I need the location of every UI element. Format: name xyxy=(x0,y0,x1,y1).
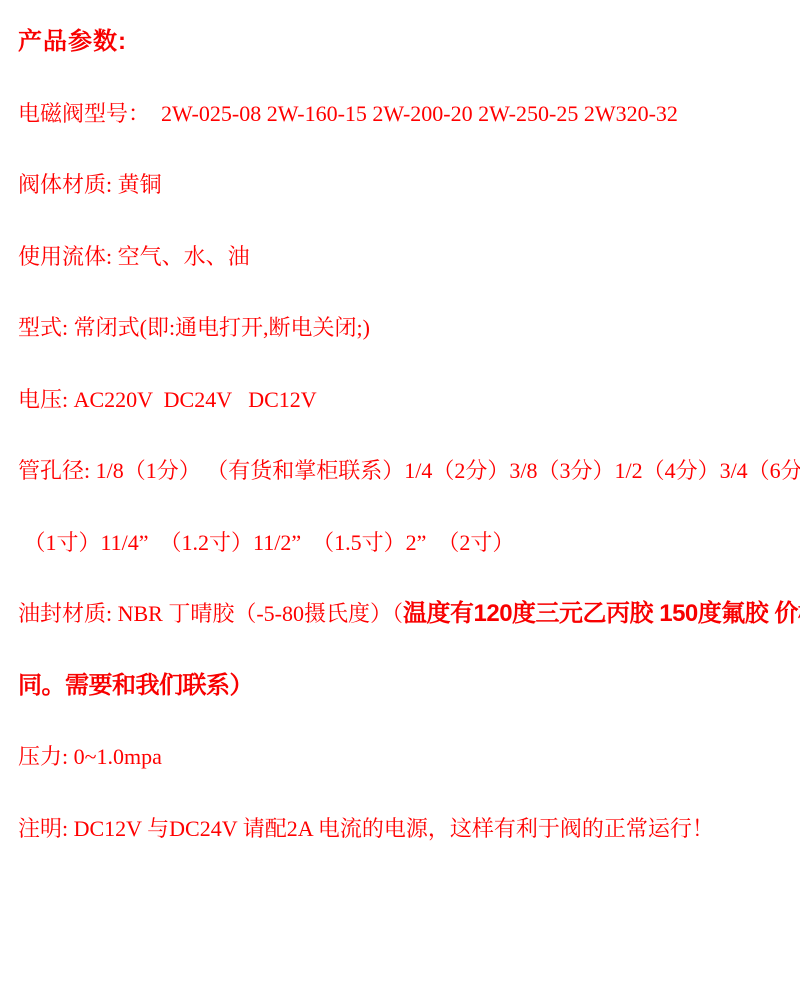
spec-seal-material-line2: 同。需要和我们联系） xyxy=(18,650,800,722)
spec-port-size-line2-segment-0: （1寸）11/4” （1.2寸）11/2” （1.5寸）2” （2寸） xyxy=(18,530,514,555)
spec-pressure: 压力: 0~1.0mpa xyxy=(18,721,800,793)
spec-note-segment-0: 注明: DC12V 与DC24V 请配2A 电流的电源，这样有利于阀的正常运行！ xyxy=(18,816,714,841)
spec-port-size-line1-segment-0: 管孔径: 1/8（1分） （有货和掌柜联系）1/4（2分）3/8（3分）1/2（… xyxy=(18,458,800,483)
spec-seal-material-line2-segment-0: 同。需要和我们联系） xyxy=(18,672,253,699)
section-title: 产品参数: xyxy=(18,6,800,78)
spec-type: 型式: 常闭式(即:通电打开,断电关闭;) xyxy=(18,292,800,364)
spec-body-material-segment-0: 阀体材质: 黄铜 xyxy=(18,172,162,197)
spec-voltage: 电压: AC220V DC24V DC12V xyxy=(18,364,800,436)
spec-seal-material-line1-segment-1: 温度有120度三元乙丙胶 150度氟胶 价格有所不 xyxy=(403,600,800,627)
spec-seal-material-line1: 油封材质: NBR 丁晴胶（-5-80摄氏度）（温度有120度三元乙丙胶 150… xyxy=(18,578,800,650)
spec-voltage-segment-0: 电压: AC220V DC24V DC12V xyxy=(18,387,317,412)
spec-fluid-segment-0: 使用流体: 空气、水、油 xyxy=(18,244,250,269)
section-title-segment-0: 产品参数: xyxy=(18,28,127,55)
spec-port-size-line2: （1寸）11/4” （1.2寸）11/2” （1.5寸）2” （2寸） xyxy=(18,507,800,579)
product-spec-text: 产品参数:电磁阀型号： 2W-025-08 2W-160-15 2W-200-2… xyxy=(0,0,800,864)
spec-fluid: 使用流体: 空气、水、油 xyxy=(18,221,800,293)
spec-valve-model-segment-0: 电磁阀型号： 2W-025-08 2W-160-15 2W-200-20 2W-… xyxy=(18,101,678,126)
spec-port-size-line1: 管孔径: 1/8（1分） （有货和掌柜联系）1/4（2分）3/8（3分）1/2（… xyxy=(18,435,800,507)
spec-seal-material-line1-segment-0: 油封材质: NBR 丁晴胶（-5-80摄氏度）（ xyxy=(18,601,403,626)
spec-type-segment-0: 型式: 常闭式(即:通电打开,断电关闭;) xyxy=(18,315,370,340)
product-parameters-page: 产品参数:电磁阀型号： 2W-025-08 2W-160-15 2W-200-2… xyxy=(0,0,800,1000)
spec-pressure-segment-0: 压力: 0~1.0mpa xyxy=(18,744,162,769)
spec-valve-model: 电磁阀型号： 2W-025-08 2W-160-15 2W-200-20 2W-… xyxy=(18,78,800,150)
spec-note: 注明: DC12V 与DC24V 请配2A 电流的电源，这样有利于阀的正常运行！ xyxy=(18,793,800,865)
spec-body-material: 阀体材质: 黄铜 xyxy=(18,149,800,221)
